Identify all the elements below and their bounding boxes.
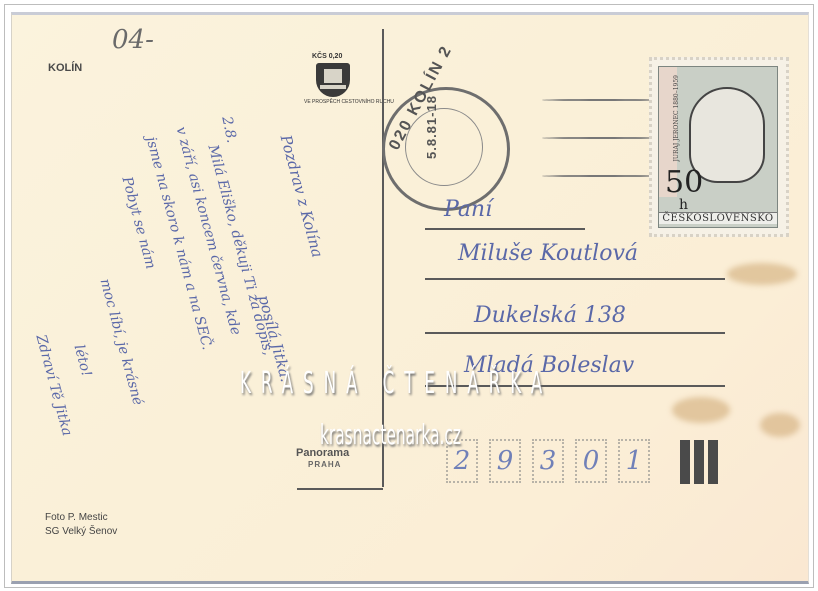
stain bbox=[672, 397, 730, 423]
stamp-unit: h bbox=[679, 197, 688, 213]
address-line bbox=[425, 332, 725, 334]
postal-code-digit: 3 bbox=[534, 441, 562, 481]
message-line: Zdraví Tě Jitka bbox=[33, 333, 75, 438]
recipient-salutation: Paní bbox=[444, 197, 492, 222]
address-line bbox=[425, 278, 725, 280]
cancellation-line bbox=[542, 99, 662, 101]
stain bbox=[727, 263, 797, 285]
postcard-back: KOLÍN 04- KČS 0,20 VE PROSPĚCH CESTOVNÍH… bbox=[11, 12, 809, 584]
handwritten-message: Pozdrav z Kolína posílá Jitka. 2.8. Milá… bbox=[12, 15, 382, 575]
recipient-street: Dukelská 138 bbox=[474, 303, 626, 328]
postmark-date: 5.8.81-18 bbox=[424, 95, 439, 159]
stamp-country: ČESKOSLOVENSKO bbox=[659, 212, 777, 224]
cancellation-line bbox=[542, 137, 662, 139]
watermark-title: KRÁSNÁ ČTENÁŘKA bbox=[240, 366, 552, 401]
message-line: 2.8. bbox=[218, 115, 239, 144]
address-line bbox=[425, 228, 585, 230]
message-line: Pobyt se nám bbox=[119, 175, 159, 271]
postage-stamp: JURAJ JERONEC 1880–1959 50 h ČESKOSLOVEN… bbox=[649, 57, 789, 237]
postal-code-digit: 0 bbox=[577, 441, 605, 481]
stamp-value: 50 bbox=[665, 165, 703, 200]
cancellation-line bbox=[542, 175, 662, 177]
stamp-caption: JURAJ JERONEC 1880–1959 bbox=[673, 75, 680, 162]
message-line: Pozdrav z Kolína bbox=[277, 133, 327, 259]
postal-code-digit: 9 bbox=[491, 441, 519, 481]
recipient-name: Miluše Koutlová bbox=[458, 241, 638, 266]
stain bbox=[760, 413, 800, 437]
postal-code-digit: 1 bbox=[620, 441, 648, 481]
message-line: moc líbí, je krásné bbox=[97, 277, 146, 407]
watermark-url: krasnactenarka.cz bbox=[320, 418, 461, 451]
message-line: léto! bbox=[71, 343, 95, 378]
